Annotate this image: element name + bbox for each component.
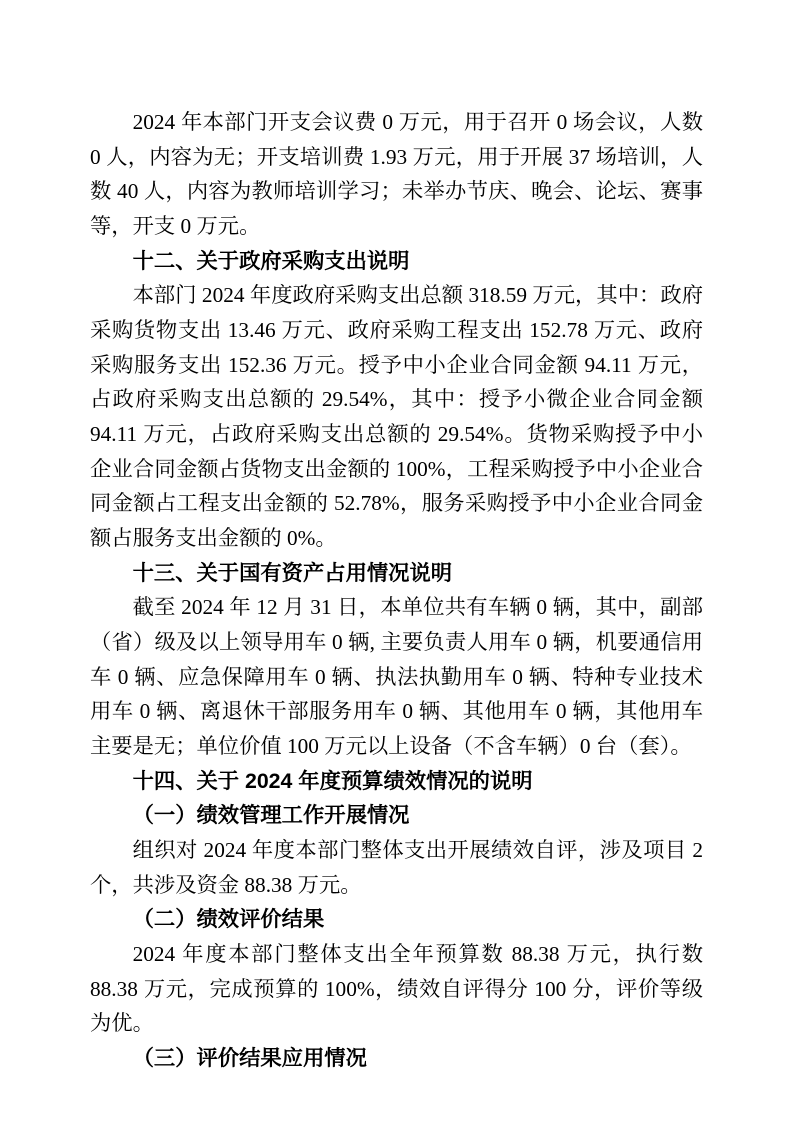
- paragraph-meetings-training: 2024 年本部门开支会议费 0 万元，用于召开 0 场会议，人数 0 人，内容…: [90, 105, 703, 244]
- subheading-results-application: （三）评价结果应用情况: [90, 1041, 703, 1076]
- heading-section-14-budget-performance: 十四、关于 2024 年度预算绩效情况的说明: [90, 764, 703, 799]
- paragraph-procurement-details: 本部门 2024 年度政府采购支出总额 318.59 万元，其中：政府采购货物支…: [90, 278, 703, 555]
- document-content: 2024 年本部门开支会议费 0 万元，用于召开 0 场会议，人数 0 人，内容…: [90, 105, 703, 1076]
- document-page: 2024 年本部门开支会议费 0 万元，用于召开 0 场会议，人数 0 人，内容…: [0, 0, 793, 1122]
- subheading-evaluation-results: （二）绩效评价结果: [90, 902, 703, 937]
- paragraph-performance-self-evaluation: 组织对 2024 年度本部门整体支出开展绩效自评，涉及项目 2 个，共涉及资金 …: [90, 833, 703, 902]
- heading-section-12-government-procurement: 十二、关于政府采购支出说明: [90, 244, 703, 279]
- subheading-performance-management: （一）绩效管理工作开展情况: [90, 798, 703, 833]
- heading-section-13-state-assets: 十三、关于国有资产占用情况说明: [90, 556, 703, 591]
- paragraph-state-assets-details: 截至 2024 年 12 月 31 日，本单位共有车辆 0 辆，其中，副部（省）…: [90, 590, 703, 763]
- paragraph-evaluation-results-details: 2024 年度本部门整体支出全年预算数 88.38 万元，执行数 88.38 万…: [90, 937, 703, 1041]
